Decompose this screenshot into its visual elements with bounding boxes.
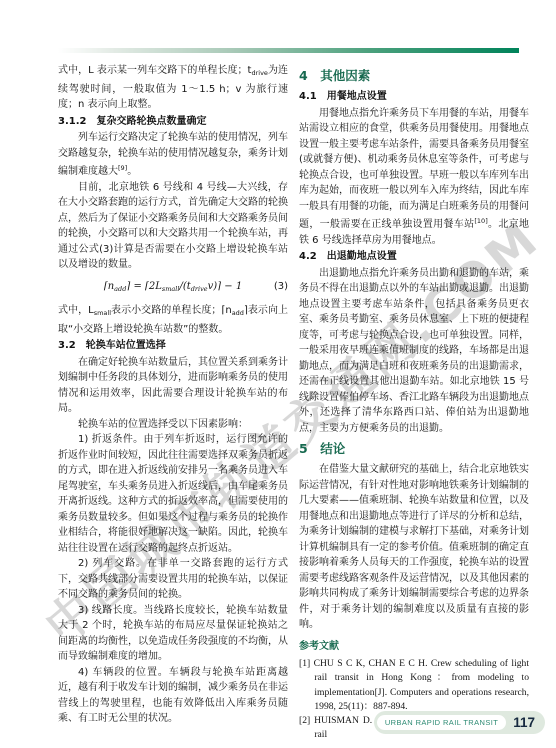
left-column: 式中，L 表示某一列车交路下的单程长度；tdrive为连续驾驶时间，一般取值为 … <box>58 63 288 743</box>
paragraph: 目前，北京地铁 6 号线和 4 号线—大兴线，存在大小交路套跑的运行方式，首先确… <box>58 180 288 273</box>
equation-expression: ⌈nadd⌉ = ⌈2Lsmall/(tdrivev)⌉ − 1 <box>104 281 242 292</box>
journal-page: 中国城市轨道交通网.COM 式中，L 表示某一列车交路下的单程长度；tdrive… <box>0 0 556 748</box>
journal-name-label: URBAN RAPID RAIL TRANSIT <box>377 715 506 730</box>
subsection-heading: 3.1.2 复杂交路轮换点数量确定 <box>58 114 288 130</box>
paragraph: 列车运行交路决定了轮换车站的使用情况，列车交路越复杂，轮换车站的使用情况越复杂，… <box>58 130 288 180</box>
paragraph: 在确定好轮换车站数量后，其位置关系到乘务计划编制中任务段的具体划分，进而影响乘务… <box>58 355 288 417</box>
references-heading: 参考文献 <box>299 639 529 655</box>
footer-page-badge: URBAN RAPID RAIL TRANSIT 117 <box>374 711 545 734</box>
section-heading: 4 其他因素 <box>299 67 529 85</box>
paragraph: 轮换车站的位置选择受以下因素影响： <box>58 417 288 433</box>
right-column: 4 其他因素4.1 用餐地点设置用餐地点指允许乘务员下车用餐的车站，用餐车站需设… <box>299 63 529 743</box>
header-rule <box>58 48 519 53</box>
subsection-heading: 4.1 用餐地点设置 <box>299 89 529 105</box>
paragraph-continuation: 式中，Lsmall表示小交路的单程长度；⌈nadd⌉表示向上取“小交路上增设轮换… <box>58 303 288 337</box>
subsection-heading: 4.2 出退勤地点设置 <box>299 249 529 265</box>
reference-entry: [1] CHU S C K, CHAN E C H. Crew scheduli… <box>299 657 529 714</box>
equation: ⌈nadd⌉ = ⌈2Lsmall/(tdrivev)⌉ − 1(3) <box>58 279 288 298</box>
section-heading: 5 结论 <box>299 440 529 458</box>
page-number: 117 <box>506 715 545 730</box>
paragraph: 3) 线路长度。当线路长度较长，轮换车站数量大于 2 个时，轮换车站的布局应尽量… <box>58 603 288 665</box>
subsection-heading: 3.2 轮换车站位置选择 <box>58 338 288 354</box>
equation-number: (3) <box>274 279 288 295</box>
paragraph-continuation: 式中，L 表示某一列车交路下的单程长度；tdrive为连续驾驶时间，一般取值为 … <box>58 63 288 113</box>
paragraph: 4) 车辆段的位置。车辆段与轮换车站距离越近，越有利于收发车计划的编制，减少乘务… <box>58 665 288 727</box>
paragraph: 2) 列车交路。在非单一交路套跑的运行方式下，交路共线部分需要设置共用的轮换车站… <box>58 556 288 603</box>
page-content: 式中，L 表示某一列车交路下的单程长度；tdrive为连续驾驶时间，一般取值为 … <box>58 63 530 743</box>
paragraph: 1) 折返条件。由于列车折返时，运行图允许的折返作业时间较短，因此往往需要选择双… <box>58 432 288 556</box>
paragraph: 用餐地点指允许乘务员下车用餐的车站，用餐车站需设立相应的食堂，供乘务员用餐使用。… <box>299 106 529 249</box>
paragraph: 出退勤地点指允许乘务员出勤和退勤的车站，乘务员不得在出退勤点以外的车站出勤或退勤… <box>299 266 529 437</box>
paragraph: 在借鉴大量文献研究的基础上，结合北京地铁实际运营情况，有针对性地对影响地铁乘务计… <box>299 462 529 633</box>
